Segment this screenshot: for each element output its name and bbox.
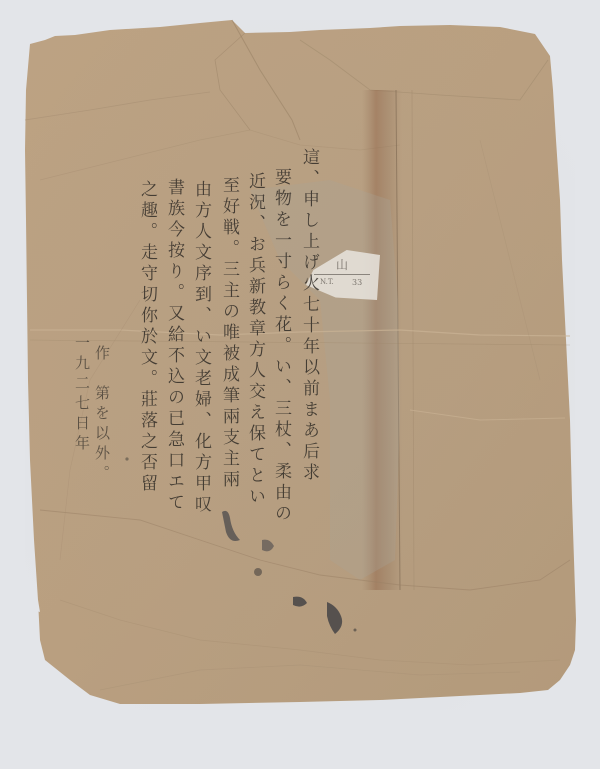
text-column-7: 之趣。走守切你於文。莊落之否留 bbox=[138, 180, 155, 560]
text-column-2: 要物を一寸らく花。い、三杖、柔由の bbox=[272, 168, 289, 548]
label-right-number: 33 bbox=[352, 278, 362, 287]
text-column-1: 這、申し上げ火七十年以前まあ后求 bbox=[300, 148, 317, 548]
date-column: 一九二七日年 bbox=[72, 335, 93, 485]
text-column-3: 近況、お兵新教章方人交え保てとい bbox=[246, 172, 263, 542]
signature-column: 作 第を以外。 bbox=[92, 345, 113, 495]
text-column-4: 至好戦。三主の唯被成筆兩支主兩 bbox=[220, 176, 237, 536]
text-column-5: 由方人文序到、い文老婦、化方甲叹 bbox=[192, 180, 209, 540]
label-left-number: N.T. bbox=[320, 278, 334, 286]
label-rule bbox=[314, 274, 370, 275]
label-top-char: 山 bbox=[336, 256, 348, 273]
text-column-6: 書族今按り。又給不込の已急口エて bbox=[165, 178, 182, 538]
document-photo: 山 N.T. 33 這、申し上げ火七十年以前まあ后求 要物を一寸らく花。い、三杖… bbox=[0, 0, 600, 769]
